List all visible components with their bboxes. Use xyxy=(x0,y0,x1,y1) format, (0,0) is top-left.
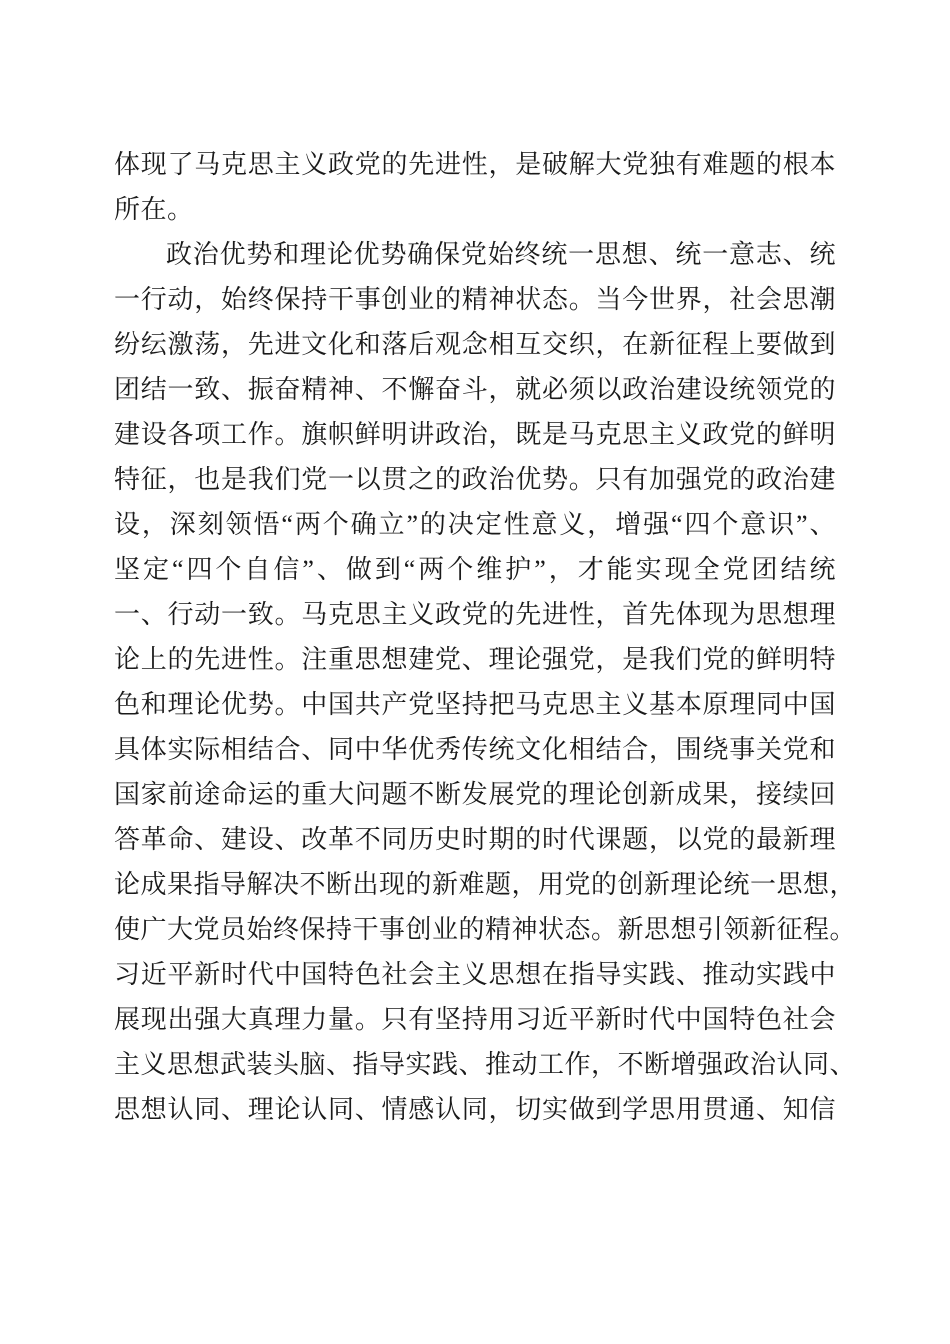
text-line: 国家前途命运的重大问题不断发展党的理论创新成果，接续回 xyxy=(114,772,836,817)
text-line: 主义思想武装头脑、指导实践、推动工作，不断增强政治认同、 xyxy=(114,1042,836,1087)
text-line: 使广大党员始终保持干事创业的精神状态。新思想引领新征程。 xyxy=(114,907,836,952)
text-line: 展现出强大真理力量。只有坚持用习近平新时代中国特色社会 xyxy=(114,997,836,1042)
text-line: 特征，也是我们党一以贯之的政治优势。只有加强党的政治建 xyxy=(114,457,836,502)
text-line: 色和理论优势。中国共产党坚持把马克思主义基本原理同中国 xyxy=(114,682,836,727)
text-line: 答革命、建设、改革不同历史时期的时代课题，以党的最新理 xyxy=(114,817,836,862)
text-line: 设，深刻领悟“两个确立”的决定性意义，增强“四个意识”、 xyxy=(114,502,836,547)
text-line: 习近平新时代中国特色社会主义思想在指导实践、推动实践中 xyxy=(114,952,836,997)
text-line: 纷纭激荡，先进文化和落后观念相互交织，在新征程上要做到 xyxy=(114,322,836,367)
document-text-block: 体现了马克思主义政党的先进性，是破解大党独有难题的根本 所在。 政治优势和理论优… xyxy=(114,142,836,1132)
text-line: 论成果指导解决不断出现的新难题，用党的创新理论统一思想， xyxy=(114,862,836,907)
text-line: 具体实际相结合、同中华优秀传统文化相结合，围绕事关党和 xyxy=(114,727,836,772)
text-line: 论上的先进性。注重思想建党、理论强党，是我们党的鲜明特 xyxy=(114,637,836,682)
text-line: 思想认同、理论认同、情感认同，切实做到学思用贯通、知信 xyxy=(114,1087,836,1132)
text-line: 一行动，始终保持干事创业的精神状态。当今世界，社会思潮 xyxy=(114,277,836,322)
text-line: 所在。 xyxy=(114,187,836,232)
text-line: 团结一致、振奋精神、不懈奋斗，就必须以政治建设统领党的 xyxy=(114,367,836,412)
text-line: 一、行动一致。马克思主义政党的先进性，首先体现为思想理 xyxy=(114,592,836,637)
text-line: 坚定“四个自信”、做到“两个维护”，才能实现全党团结统 xyxy=(114,547,836,592)
document-page: 体现了马克思主义政党的先进性，是破解大党独有难题的根本 所在。 政治优势和理论优… xyxy=(0,0,950,1344)
text-line: 建设各项工作。旗帜鲜明讲政治，既是马克思主义政党的鲜明 xyxy=(114,412,836,457)
text-line: 政治优势和理论优势确保党始终统一思想、统一意志、统 xyxy=(114,232,836,277)
text-line: 体现了马克思主义政党的先进性，是破解大党独有难题的根本 xyxy=(114,142,836,187)
